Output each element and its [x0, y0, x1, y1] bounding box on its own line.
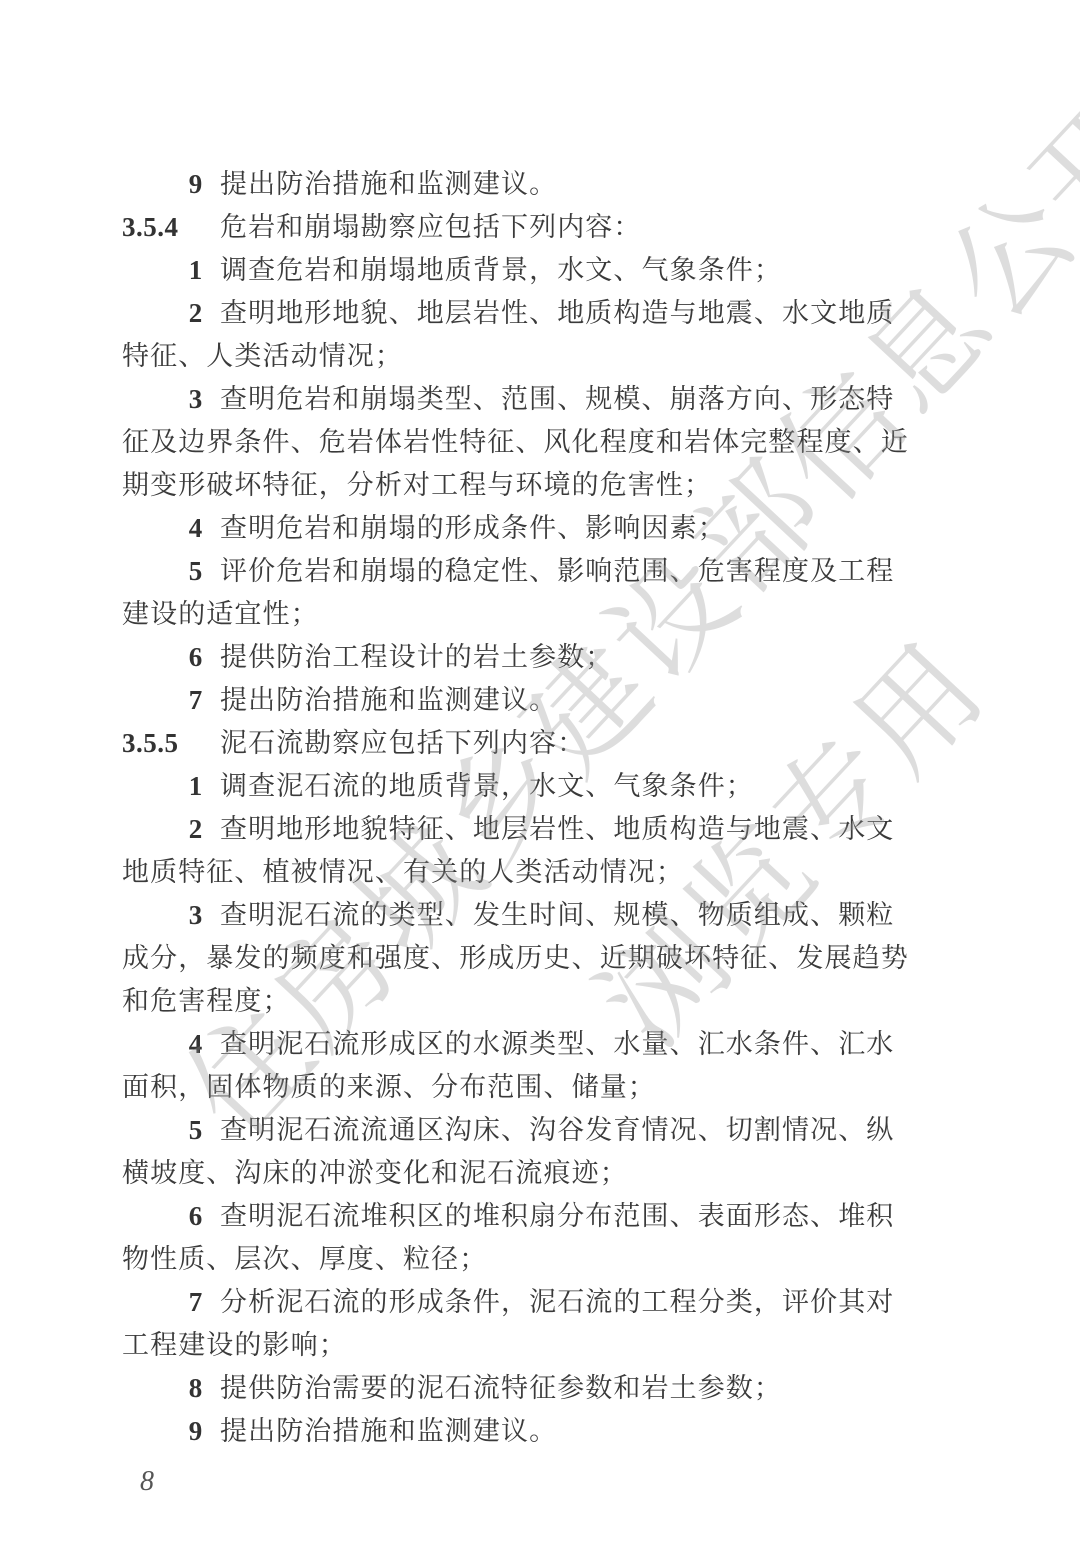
line-text: 面积，固体物质的来源、分布范围、储量； [122, 1072, 656, 1103]
list-item: 7分析泥石流的形成条件，泥石流的工程分类，评价其对 [122, 1281, 922, 1324]
continuation-line: 物性质、层次、厚度、粒径； [122, 1238, 922, 1281]
continuation-line: 成分，暴发的频度和强度、形成历史、近期破坏特征、发展趋势 [122, 937, 922, 980]
line-text: 工程建设的影响； [122, 1330, 347, 1361]
item-number: 7 [178, 1281, 214, 1324]
line-text: 物性质、层次、厚度、粒径； [122, 1244, 487, 1275]
list-item: 2查明地形地貌特征、地层岩性、地质构造与地震、水文 [122, 808, 922, 851]
item-number: 6 [178, 636, 214, 679]
page-number: 8 [140, 1466, 154, 1498]
item-number: 3 [178, 894, 214, 937]
item-text: 提出防治措施和监测建议。 [220, 169, 557, 200]
list-item: 9提出防治措施和监测建议。 [122, 1410, 922, 1453]
list-item: 9提出防治措施和监测建议。 [122, 163, 922, 206]
clause-text: 泥石流勘察应包括下列内容： [220, 728, 585, 759]
clause-heading: 3.5.5泥石流勘察应包括下列内容： [122, 722, 922, 765]
list-item: 4查明泥石流形成区的水源类型、水量、汇水条件、汇水 [122, 1023, 922, 1066]
list-item: 7提出防治措施和监测建议。 [122, 679, 922, 722]
item-number: 8 [178, 1367, 214, 1410]
continuation-line: 期变形破坏特征，分析对工程与环境的危害性； [122, 464, 922, 507]
item-number: 1 [178, 249, 214, 292]
continuation-line: 特征、人类活动情况； [122, 335, 922, 378]
item-text: 查明泥石流堆积区的堆积扇分布范围、表面形态、堆积 [220, 1201, 894, 1232]
line-text: 和危害程度； [122, 986, 291, 1017]
item-text: 调查危岩和崩塌地质背景，水文、气象条件； [220, 255, 782, 286]
clause-text: 危岩和崩塌勘察应包括下列内容： [220, 212, 642, 243]
item-number: 2 [178, 292, 214, 335]
item-number: 4 [178, 507, 214, 550]
item-number: 9 [178, 1410, 214, 1453]
list-item: 1调查泥石流的地质背景，水文、气象条件； [122, 765, 922, 808]
item-text: 提供防治需要的泥石流特征参数和岩土参数； [220, 1373, 782, 1404]
list-item: 5评价危岩和崩塌的稳定性、影响范围、危害程度及工程 [122, 550, 922, 593]
continuation-line: 工程建设的影响； [122, 1324, 922, 1367]
item-text: 查明泥石流的类型、发生时间、规模、物质组成、颗粒 [220, 900, 894, 931]
item-number: 5 [178, 1109, 214, 1152]
item-number: 1 [178, 765, 214, 808]
item-text: 提供防治工程设计的岩土参数； [220, 642, 613, 673]
item-number: 9 [178, 163, 214, 206]
item-text: 查明地形地貌特征、地层岩性、地质构造与地震、水文 [220, 814, 894, 845]
list-item: 6查明泥石流堆积区的堆积扇分布范围、表面形态、堆积 [122, 1195, 922, 1238]
document-body: 9提出防治措施和监测建议。 3.5.4危岩和崩塌勘察应包括下列内容： 1调查危岩… [122, 163, 922, 1453]
continuation-line: 和危害程度； [122, 980, 922, 1023]
continuation-line: 面积，固体物质的来源、分布范围、储量； [122, 1066, 922, 1109]
list-item: 3查明危岩和崩塌类型、范围、规模、崩落方向、形态特 [122, 378, 922, 421]
continuation-line: 地质特征、植被情况、有关的人类活动情况； [122, 851, 922, 894]
list-item: 2查明地形地貌、地层岩性、地质构造与地震、水文地质 [122, 292, 922, 335]
list-item: 4查明危岩和崩塌的形成条件、影响因素； [122, 507, 922, 550]
continuation-line: 建设的适宜性； [122, 593, 922, 636]
line-text: 征及边界条件、危岩体岩性特征、风化程度和岩体完整程度、近 [122, 427, 909, 458]
item-text: 查明泥石流形成区的水源类型、水量、汇水条件、汇水 [220, 1029, 894, 1060]
item-text: 提出防治措施和监测建议。 [220, 1416, 557, 1447]
continuation-line: 征及边界条件、危岩体岩性特征、风化程度和岩体完整程度、近 [122, 421, 922, 464]
item-text: 查明危岩和崩塌类型、范围、规模、崩落方向、形态特 [220, 384, 894, 415]
line-text: 横坡度、沟床的冲淤变化和泥石流痕迹； [122, 1158, 628, 1189]
clause-number: 3.5.5 [122, 722, 214, 765]
item-text: 查明危岩和崩塌的形成条件、影响因素； [220, 513, 726, 544]
line-text: 成分，暴发的频度和强度、形成历史、近期破坏特征、发展趋势 [122, 943, 909, 974]
item-number: 7 [178, 679, 214, 722]
list-item: 8提供防治需要的泥石流特征参数和岩土参数； [122, 1367, 922, 1410]
item-number: 3 [178, 378, 214, 421]
continuation-line: 横坡度、沟床的冲淤变化和泥石流痕迹； [122, 1152, 922, 1195]
line-text: 建设的适宜性； [122, 599, 319, 630]
list-item: 1调查危岩和崩塌地质背景，水文、气象条件； [122, 249, 922, 292]
line-text: 地质特征、植被情况、有关的人类活动情况； [122, 857, 684, 888]
clause-number: 3.5.4 [122, 206, 214, 249]
item-text: 查明地形地貌、地层岩性、地质构造与地震、水文地质 [220, 298, 894, 329]
item-text: 评价危岩和崩塌的稳定性、影响范围、危害程度及工程 [220, 556, 894, 587]
line-text: 特征、人类活动情况； [122, 341, 403, 372]
item-number: 2 [178, 808, 214, 851]
item-text: 分析泥石流的形成条件，泥石流的工程分类，评价其对 [220, 1287, 894, 1318]
list-item: 3查明泥石流的类型、发生时间、规模、物质组成、颗粒 [122, 894, 922, 937]
clause-heading: 3.5.4危岩和崩塌勘察应包括下列内容： [122, 206, 922, 249]
item-text: 调查泥石流的地质背景，水文、气象条件； [220, 771, 754, 802]
item-text: 查明泥石流流通区沟床、沟谷发育情况、切割情况、纵 [220, 1115, 894, 1146]
item-number: 6 [178, 1195, 214, 1238]
list-item: 6提供防治工程设计的岩土参数； [122, 636, 922, 679]
document-page: 9提出防治措施和监测建议。 3.5.4危岩和崩塌勘察应包括下列内容： 1调查危岩… [0, 0, 1080, 1565]
line-text: 期变形破坏特征，分析对工程与环境的危害性； [122, 470, 712, 501]
item-text: 提出防治措施和监测建议。 [220, 685, 557, 716]
list-item: 5查明泥石流流通区沟床、沟谷发育情况、切割情况、纵 [122, 1109, 922, 1152]
item-number: 4 [178, 1023, 214, 1066]
item-number: 5 [178, 550, 214, 593]
